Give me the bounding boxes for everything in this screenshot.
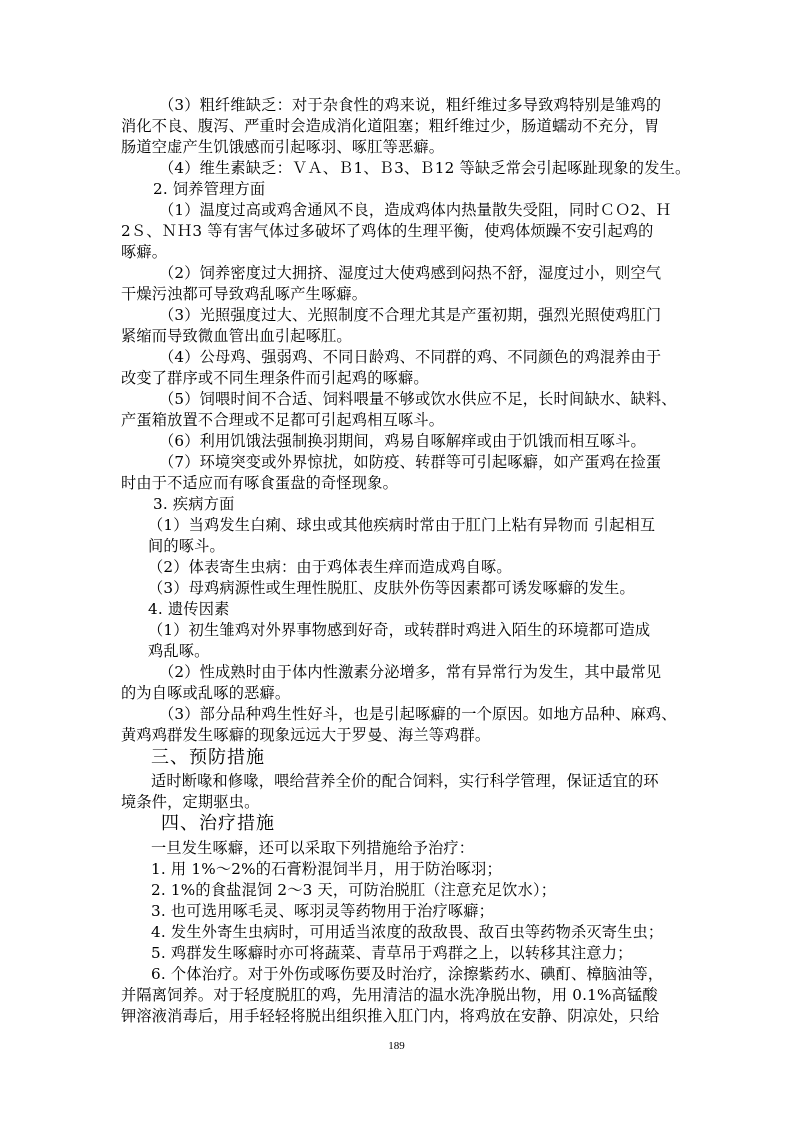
text-line: 干燥污浊都可导致鸡乱啄产生啄癖。	[121, 284, 367, 304]
section-heading: 三、预防措施	[151, 747, 265, 769]
text-line: （3）母鸡病源性或生理性脱肛、皮肤外伤等因素都可诱发啄癖的发生。	[148, 578, 635, 598]
text-line: 6. 个体治疗。对于外伤或啄伤要及时治疗，涂擦紫药水、碘酊、樟脑油等，	[151, 964, 663, 984]
text-line: 4. 遗传因素	[148, 599, 229, 619]
text-line: （1）温度过高或鸡舍通风不良，造成鸡体内热量散失受阻，同时ＣＯ2、Ｈ	[159, 200, 671, 220]
text-line: （4）公母鸡、强弱鸡、不同日龄鸡、不同群的鸡、不同颜色的鸡混养由于	[159, 347, 661, 367]
text-line: 2Ｓ、ＮＨ3 等有害气体过多破坏了鸡体的生理平衡，使鸡体烦躁不安引起鸡的	[121, 221, 654, 241]
text-line: （3）粗纤维缺乏：对于杂食性的鸡来说，粗纤维过多导致鸡特别是雏鸡的	[159, 95, 661, 115]
text-line: 钾溶液消毒后，用手轻轻将脱出组织推入肛门内，将鸡放在安静、阴凉处，只给	[121, 1006, 660, 1026]
text-line: （2）性成熟时由于体内性激素分泌增多，常有异常行为发生，其中最常见	[159, 662, 661, 682]
text-line: 一旦发生啄癖，还可以采取下列措施给予治疗：	[151, 838, 474, 858]
text-line: （4）维生素缺乏：ＶＡ、Ｂ1、Ｂ3、Ｂ12 等缺乏常会引起啄趾现象的发生。	[159, 158, 690, 178]
text-line: 2. 饲养管理方面	[153, 179, 265, 199]
text-line: 境条件，定期驱虫。	[121, 792, 260, 812]
text-line: 啄癖。	[121, 242, 167, 262]
text-line: 改变了群序或不同生理条件而引起鸡的啄癖。	[121, 368, 429, 388]
text-line: 3. 也可选用啄毛灵、啄羽灵等药物用于治疗啄癖；	[151, 901, 494, 921]
text-line: 时由于不适应而有啄食蛋盘的奇怪现象。	[121, 473, 398, 493]
text-line: （5）饲喂时间不合适、饲料喂量不够或饮水供应不足，长时间缺水、缺料、	[159, 389, 677, 409]
text-line: 并隔离饲养。对于轻度脱肛的鸡，先用清洁的温水洗净脱出物，用 0.1%高锰酸	[121, 985, 658, 1005]
text-line: （2）饲养密度过大拥挤、湿度过大使鸡感到闷热不舒，湿度过小，则空气	[159, 263, 661, 283]
text-line: 5. 鸡群发生啄癖时亦可将蔬菜、青草吊于鸡群之上，以转移其注意力；	[151, 943, 633, 963]
text-line: 鸡乱啄。	[148, 641, 210, 661]
document-page: （3）粗纤维缺乏：对于杂食性的鸡来说，粗纤维过多导致鸡特别是雏鸡的消化不良、腹泻…	[0, 0, 793, 1122]
text-line: （2）体表寄生虫病：由于鸡体表生痒而造成鸡自啄。	[148, 557, 512, 577]
text-line: 1. 用 1%～2%的石膏粉混饲半月，用于防治啄羽；	[151, 859, 502, 879]
text-line: （1）当鸡发生白痢、球虫或其他疾病时常由于肛门上粘有异物而 引起相互	[148, 515, 655, 535]
text-line: （6）利用饥饿法强制换羽期间，鸡易自啄解痒或由于饥饿而相互啄斗。	[159, 431, 646, 451]
text-line: 消化不良、腹泻、严重时会造成消化道阻塞；粗纤维过少，肠道蠕动不充分，胃	[121, 116, 660, 136]
text-line: 紧缩而导致微血管出血引起啄肛。	[121, 326, 352, 346]
text-line: 4. 发生外寄生虫病时，可用适当浓度的敌敌畏、敌百虫等药物杀灭寄生虫；	[151, 922, 663, 942]
text-line: （7）环境突变或外界惊扰，如防疫、转群等可引起啄癖，如产蛋鸡在捡蛋	[159, 452, 661, 472]
text-line: 肠道空虚产生饥饿感而引起啄羽、啄肛等恶癖。	[121, 137, 444, 157]
section-heading: 四、治疗措施	[161, 813, 275, 835]
text-line: 间的啄斗。	[148, 536, 225, 556]
text-line: （1）初生雏鸡对外界事物感到好奇，或转群时鸡进入陌生的环境都可造成	[148, 620, 650, 640]
page-number: 189	[0, 1040, 793, 1052]
text-line: 2. 1%的食盐混饲 2～3 天，可防治脱肛（注意充足饮水）；	[151, 880, 556, 900]
text-line: 产蛋箱放置不合理或不足都可引起鸡相互啄斗。	[121, 410, 444, 430]
text-line: （3）部分品种鸡生性好斗，也是引起啄癖的一个原因。如地方品种、麻鸡、	[159, 704, 677, 724]
text-line: 适时断喙和修喙，喂给营养全价的配合饲料，实行科学管理，保证适宜的环	[151, 771, 659, 791]
text-line: （3）光照强度过大、光照制度不合理尤其是产蛋初期，强烈光照使鸡肛门	[159, 305, 661, 325]
text-line: 3. 疾病方面	[153, 494, 234, 514]
text-line: 的为自啄或乱啄的恶癖。	[121, 683, 290, 703]
text-line: 黄鸡鸡群发生啄癖的现象远远大于罗曼、海兰等鸡群。	[121, 725, 490, 745]
